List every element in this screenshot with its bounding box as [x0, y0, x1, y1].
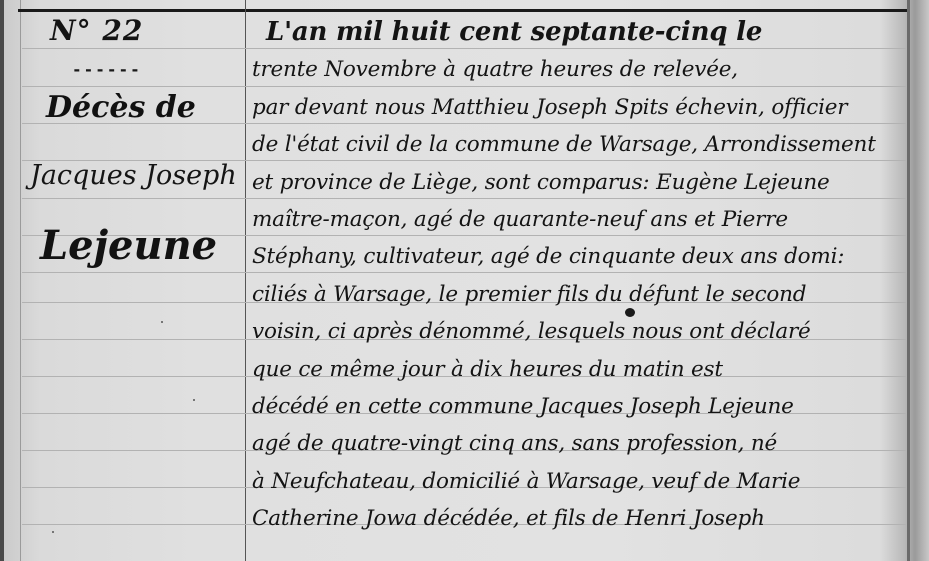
body-line: à Neufchateau, domicilié à Warsage, veuf…: [252, 463, 904, 500]
body-line: Catherine Jowa décédée, et fils de Henri…: [252, 500, 904, 537]
entry-number: N° 22: [50, 14, 143, 47]
body-line: décédé en cette commune Jacques Joseph L…: [252, 388, 904, 425]
body-line: et province de Liège, sont comparus: Eug…: [252, 164, 904, 201]
register-page: N° 22 ------ Décès de Jacques Joseph Lej…: [0, 0, 929, 561]
deceased-surname: Lejeune: [40, 222, 217, 269]
record-body: L'an mil huit cent septante-cinq le tren…: [252, 14, 904, 537]
body-line: agé de quatre-vingt cinq ans, sans profe…: [252, 425, 904, 462]
paper-speck: [193, 399, 195, 401]
body-line: voisin, ci après dénommé, lesquels nous …: [252, 313, 904, 350]
paper-speck: [52, 531, 54, 533]
left-margin-line: [20, 0, 21, 561]
ink-blot: [625, 308, 635, 317]
body-line: Stéphany, cultivateur, agé de cinquante …: [252, 238, 904, 275]
body-line: L'an mil huit cent septante-cinq le: [252, 14, 904, 51]
deceased-given-names: Jacques Joseph: [30, 160, 237, 191]
column-divider: [245, 0, 246, 561]
paper-speck: [161, 321, 163, 323]
right-binding-edge: [907, 0, 910, 561]
body-line: que ce même jour à dix heures du matin e…: [252, 351, 904, 388]
body-line: par devant nous Matthieu Joseph Spits éc…: [252, 89, 904, 126]
body-line: trente Novembre à quatre heures de relev…: [252, 51, 904, 88]
body-line: maître-maçon, agé de quarante-neuf ans e…: [252, 201, 904, 238]
body-line: ciliés à Warsage, le premier fils du déf…: [252, 276, 904, 313]
left-binding-edge: [0, 0, 4, 561]
record-type-heading: Décès de: [46, 90, 196, 125]
top-rule-line: [18, 9, 908, 12]
separator-dashes: ------: [72, 60, 142, 79]
body-line: de l'état civil de la commune de Warsage…: [252, 126, 904, 163]
